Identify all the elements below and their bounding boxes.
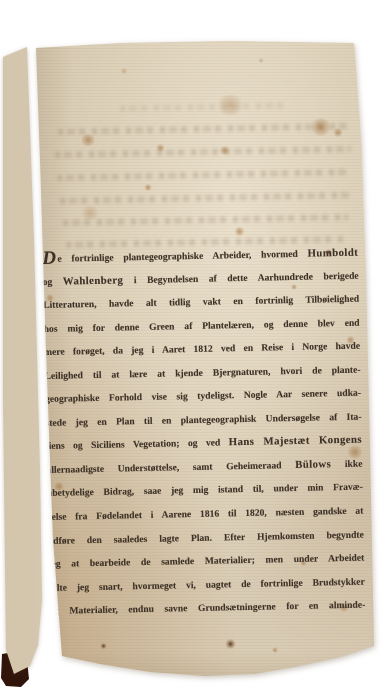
text-segment: liens og Siciliens Vegetation; og ved [46,438,229,453]
text-segment: relse fra Fødelandet i Aarene 1816 til 1… [47,506,363,523]
foxing-spot [234,227,245,236]
foxing-spot [80,206,100,220]
text-segment: allernaadigste Understøttelse, samt Gehe… [46,460,295,476]
text-segment: og [43,276,63,287]
text-segment: geographiske Forhold vise sig tydeligst.… [45,388,361,405]
foxing-spot [258,58,264,63]
text-segment: i Begyndelsen af dette Aarhundrede berig… [123,270,359,286]
text-segment: udføre den saaledes lagte Plan. Efter Hj… [48,529,364,546]
text-segment: ikke [331,459,362,471]
text-segment: D [42,248,58,269]
foxing-spot [100,643,107,649]
text-segment: stede jeg en Plan til en plantegeographi… [45,411,361,428]
book-page-wrap: De fortrinlige plantegeographiske Arbeid… [0,0,389,700]
foxing-spot [144,184,152,191]
foxing-spot [215,95,245,115]
text-segment: jeg at bearbeide de samlede Materialier;… [48,553,364,570]
foxing-spot [225,639,236,649]
emphasized-name: Hans Majestæt Kongens [229,434,362,449]
emphasized-name: Humboldt [307,247,358,260]
text-segment: hos mig for denne Green af Plantelæren, … [44,317,360,334]
foxing-spot [219,146,230,155]
foxing-spot [333,128,343,137]
photo-canvas: De fortrinlige plantegeographiske Arbeid… [0,0,389,700]
foxing-spot [310,118,332,136]
foxing-spot [120,68,128,74]
foxing-spot [80,134,96,146]
page-text: De fortrinlige plantegeographiske Arbeid… [42,241,365,624]
text-segment: Leilighed til at lære at kjende Bjergnat… [44,364,360,381]
text-segment: Litteraturen, havde alt tidlig vakt en f… [43,294,359,311]
foxing-spot [272,647,278,653]
text-segment: ubetydelige Bidrag, saae jeg mig istand … [47,482,363,499]
text-segment: følte jeg snart, hvormeget vi, uagtet de… [49,576,365,593]
text-segment: mere forøget, da jeg i Aaret 1812 ved en… [44,341,360,358]
foxing-spot [156,144,165,152]
emphasized-name: Wahlenberg [63,274,124,287]
emphasized-name: Bülows [295,458,331,471]
text-segment: e fortrinlige plantegeographiske Arbeide… [57,249,307,265]
text-segment: og Materialier, endnu savne Grundsætning… [49,600,365,617]
book-page: De fortrinlige plantegeographiske Arbeid… [0,0,389,700]
